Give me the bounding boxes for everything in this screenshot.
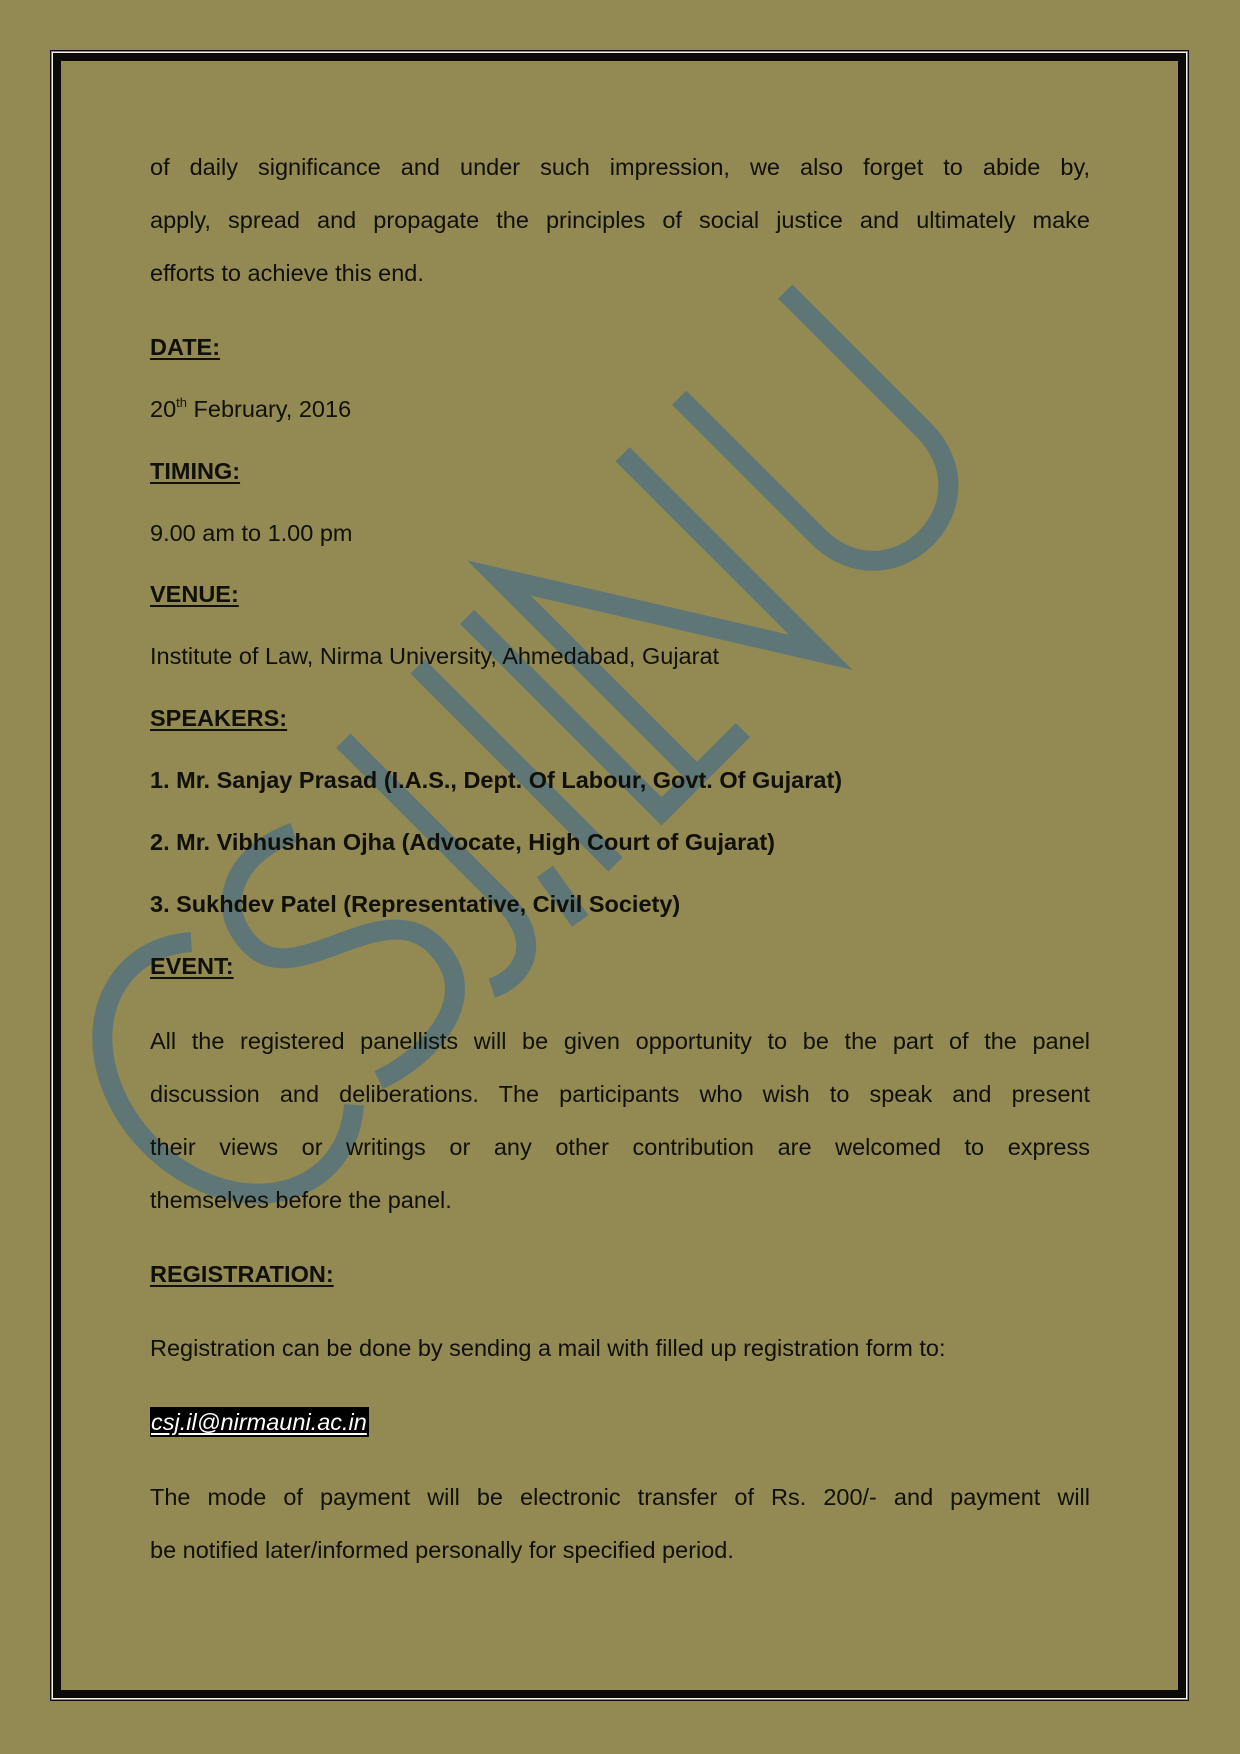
timing-value: 9.00 am to 1.00 pm <box>150 518 1090 548</box>
speaker-item-3: 3. Sukhdev Patel (Representative, Civil … <box>150 889 1090 919</box>
payment-line-1: The mode of payment will be electronic t… <box>150 1482 1090 1512</box>
venue-heading: VENUE: <box>150 579 239 609</box>
event-line-4: themselves before the panel. <box>150 1185 1090 1215</box>
speaker-item-1: 1. Mr. Sanjay Prasad (I.A.S., Dept. Of L… <box>150 765 1090 795</box>
intro-line-1: of daily significance and under such imp… <box>150 152 1090 182</box>
date-day: 20 <box>150 396 176 422</box>
page-border-inner <box>53 53 1186 1698</box>
date-heading: DATE: <box>150 332 220 362</box>
event-heading: EVENT: <box>150 951 234 981</box>
registration-email-row: csj.il@nirmauni.ac.in <box>150 1407 369 1437</box>
date-value: 20th February, 2016 <box>150 394 351 424</box>
event-line-2: discussion and deliberations. The partic… <box>150 1079 1090 1109</box>
intro-line-2: apply, spread and propagate the principl… <box>150 205 1090 235</box>
date-day-suffix: th <box>176 395 187 410</box>
event-line-1: All the registered panellists will be gi… <box>150 1026 1090 1056</box>
registration-instruction: Registration can be done by sending a ma… <box>150 1333 1090 1363</box>
venue-value: Institute of Law, Nirma University, Ahme… <box>150 641 1090 671</box>
registration-email-link[interactable]: csj.il@nirmauni.ac.in <box>150 1407 369 1437</box>
event-line-3: their views or writings or any other con… <box>150 1132 1090 1162</box>
registration-heading: REGISTRATION: <box>150 1259 334 1289</box>
speakers-heading: SPEAKERS: <box>150 703 287 733</box>
speaker-item-2: 2. Mr. Vibhushan Ojha (Advocate, High Co… <box>150 827 1090 857</box>
timing-heading: TIMING: <box>150 456 240 486</box>
intro-line-3: efforts to achieve this end. <box>150 258 1090 288</box>
date-rest: February, 2016 <box>187 396 351 422</box>
payment-line-2: be notified later/informed personally fo… <box>150 1535 1090 1565</box>
